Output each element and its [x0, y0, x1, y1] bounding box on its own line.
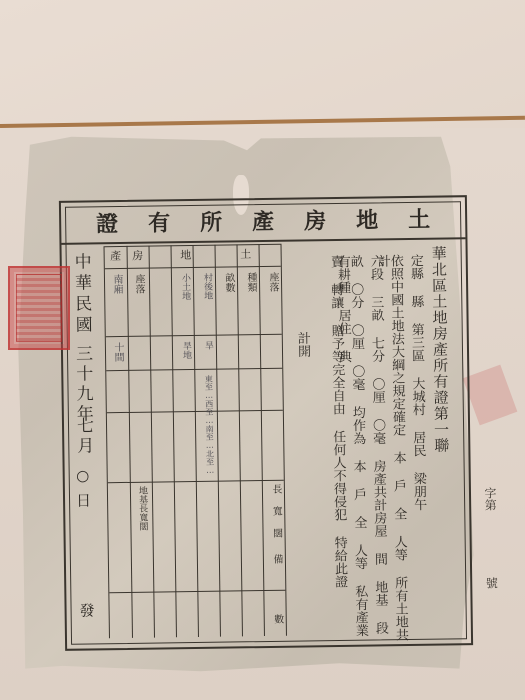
footer-label: 闊 [270, 528, 281, 538]
title-char: 房 [304, 204, 326, 235]
date-era: 中華民國 [72, 252, 90, 336]
date-day: ○日 [75, 466, 91, 515]
certificate-title: 土 地 房 產 所 有 證 [61, 197, 466, 245]
issuer-line: 華北區土地房產所有證第一聯 [431, 245, 449, 453]
land-row-location: 小土地 [179, 273, 189, 300]
house-row-count: 十間 [111, 342, 122, 362]
land-row-type: 旱地 [180, 341, 190, 359]
date-month: 七月 [74, 416, 92, 456]
footer-label: 數 [271, 614, 282, 624]
land-header-area: 畝數 [222, 272, 233, 292]
seal-pattern [16, 274, 62, 342]
house-row-location: 南廂 [110, 274, 121, 294]
house-header-location: 座落 [132, 274, 143, 294]
certificate-frame: 土 地 房 產 所 有 證 華北區土地房產所有證第一聯 定縣 縣 第三區 大城村… [59, 195, 473, 651]
title-char: 產 [252, 204, 274, 235]
title-char: 地 [356, 203, 378, 234]
notes-column: 地基長寬闊 [136, 486, 146, 531]
title-char: 證 [96, 207, 118, 238]
header-house-2: 產 [109, 250, 121, 261]
date-year: 三十九年 [73, 344, 91, 424]
body-column-1: 定縣 縣 第三區 大城村 居民 梁朋午 [409, 254, 426, 511]
land-row-boundaries: 東至…西至…南至…北至… [204, 375, 214, 475]
title-char: 有 [148, 206, 170, 237]
land-row-location: 村後地 [201, 273, 211, 300]
title-char: 所 [200, 205, 222, 236]
serial-label: 字第 [482, 487, 499, 511]
header-land-1: 土 [239, 248, 251, 259]
land-row-type: 旱 [202, 341, 212, 350]
land-header-location: 座落 [266, 272, 277, 292]
header-house-1: 房 [131, 250, 143, 261]
footer-label: 寬 [270, 506, 281, 516]
footer-label: 長 [269, 484, 280, 494]
issued-label: 發 [78, 602, 93, 617]
total-label: 計開 [296, 331, 309, 357]
header-land-2: 地 [179, 249, 191, 260]
land-header-type: 種類 [244, 272, 255, 292]
footer-label: 備 [270, 554, 281, 564]
red-official-seal [8, 266, 70, 350]
board-edge-line [0, 116, 525, 128]
title-char: 土 [408, 202, 430, 233]
serial-suffix: 號 [483, 577, 500, 589]
property-table: 土 地 房 產 座落 種類 畝數 村後地 小土地 旱 旱地 東至…西至…南至…北… [104, 244, 287, 638]
